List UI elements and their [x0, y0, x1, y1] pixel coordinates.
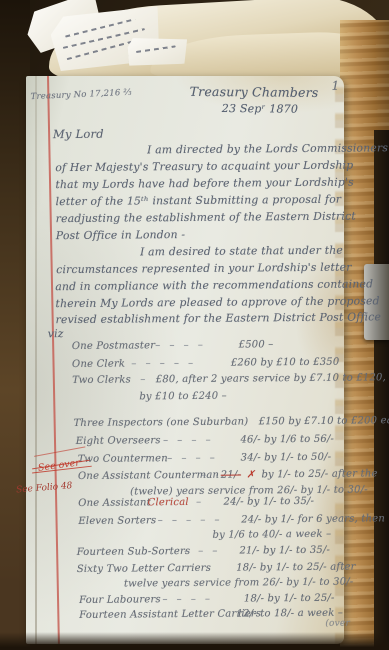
establishment-row: Two Countermen – – – – 34/- by 1/- to 50…: [78, 452, 332, 466]
establishment-row: One Assistant Counterman – – 21/- ✗ by 1…: [78, 468, 378, 483]
letter-line: and in compliance with the recommendatio…: [55, 277, 373, 293]
salutation: My Lord: [53, 127, 104, 141]
salary-detail: £260 by £10 to £350: [231, 357, 340, 369]
letter-line: viz: [48, 327, 64, 340]
leader-dashes: – – – –: [162, 594, 240, 607]
post-title: Four Labourers: [79, 594, 159, 606]
letter-line: revised establishment for the Eastern Di…: [56, 310, 382, 326]
leader-dashes: – – – –: [167, 453, 237, 466]
establishment-row: Fourteen Assistant Letter Carriers 12/- …: [79, 608, 343, 621]
establishment-row: Eleven Sorters – – – – – 24/- by 1/- for…: [78, 513, 385, 528]
ledger-photo: 1 Treasury No 17,216 ⅔ Treasury Chambers…: [0, 0, 389, 650]
salary-detail-continuation: twelve years service from 26/- by 1/- to…: [124, 577, 354, 590]
letter-line: that my Lords have had before them your …: [55, 176, 354, 192]
bottom-shadow: [0, 632, 389, 650]
book-edge-shadow-gap: [374, 130, 389, 650]
handwritten-content: 1 Treasury No 17,216 ⅔ Treasury Chambers…: [25, 75, 348, 646]
leader-dashes: – – – – –: [158, 515, 238, 528]
letter-line: Post Office in London -: [56, 228, 185, 242]
letter-line: readjusting the establishment of the Eas…: [56, 210, 356, 226]
letter-line: letter of the 15ᵗʰ instant Submitting a …: [56, 193, 342, 208]
establishment-row: One Assistant Clerical – 24/- by 1/- to …: [78, 496, 314, 510]
establishment-row: Fourteen Sub-Sorters – – – 21/- by 1/- t…: [77, 545, 331, 559]
post-title: Three Inspectors (one Suburban): [73, 416, 248, 429]
post-title: One Assistant: [78, 497, 144, 509]
post-title: One Clerk: [72, 359, 128, 370]
salary-detail: 18/- by 1/- to 25/-: [244, 593, 335, 605]
leader-dashes: –: [140, 374, 152, 386]
salary-detail: 18/- by 1/- to 25/- after: [236, 562, 356, 574]
establishment-row: Three Inspectors (one Suburban) £150 by …: [73, 415, 389, 429]
salary-detail: £80, after 2 years service by £7.10 to £…: [156, 372, 389, 385]
establishment-row: Four Labourers – – – – 18/- by 1/- to 25…: [79, 593, 335, 607]
salary-detail-continuation: by 1/6 to 40/- a week –: [212, 529, 331, 541]
salary-detail: 24/- by 1/- to 35/-: [223, 496, 314, 508]
red-ink-correction-word: Clerical: [148, 497, 189, 508]
leader-dashes: – – – – –: [131, 358, 227, 371]
page-number: 1: [332, 79, 340, 93]
registry-reference-number: Treasury No 17,216 ⅔: [31, 88, 133, 102]
leader-dashes: – – – –: [163, 435, 237, 448]
leader-dashes: –: [196, 497, 220, 509]
salary-detail-continuation: by £10 to £240 –: [139, 391, 227, 403]
post-title: One Postmaster: [72, 340, 152, 352]
letter-line: therein My Lords are pleased to approve …: [55, 294, 379, 310]
red-correction-mark: ✗: [246, 469, 255, 480]
ledger-page: 1 Treasury No 17,216 ⅔ Treasury Chambers…: [26, 76, 344, 644]
establishment-row: One Clerk – – – – – £260 by £10 to £350: [72, 357, 339, 371]
letter-line: circumstances represented in your Lordsh…: [56, 261, 351, 277]
post-title: Two Clerks: [72, 374, 131, 386]
paper-slip-writing: [136, 45, 176, 53]
post-title: Eight Overseers: [76, 435, 160, 447]
letterhead-date: 23 Sepʳ 1870: [222, 102, 298, 116]
letter-line: I am directed by the Lords Commissioners: [147, 141, 388, 156]
salary-detail: 24/- by 1/- for 6 years, then: [241, 513, 385, 525]
leader-dashes: – – –: [184, 546, 236, 558]
salary-detail: 46/- by 1/6 to 56/-: [240, 434, 334, 446]
salary-detail: £150 by £7.10 to £200 each: [259, 415, 389, 427]
salary-detail: 34/- by 1/- to 50/-: [241, 452, 332, 464]
salary-detail: £500 –: [239, 339, 274, 350]
salary-detail: by 1/- to 25/- after the: [261, 468, 377, 480]
letter-line: of Her Majesty's Treasury to acquaint yo…: [55, 159, 353, 175]
leader-dashes: – – – –: [155, 340, 235, 353]
post-title: One Assistant Counterman: [78, 470, 198, 482]
establishment-row: Two Clerks – £80, after 2 years service …: [72, 372, 389, 387]
salary-detail: 21/- by 1/- to 35/-: [239, 545, 330, 557]
post-title: Fourteen Assistant Letter Carriers: [79, 609, 233, 621]
post-title: Eleven Sorters: [78, 515, 154, 527]
leader-dashes: – –: [201, 470, 217, 482]
catchword-over: (over: [325, 619, 350, 629]
letter-line: I am desired to state that under the: [140, 244, 343, 259]
paper-slip-writing: [65, 18, 135, 37]
post-title: Fourteen Sub-Sorters: [77, 546, 181, 558]
establishment-row: Eight Overseers – – – – 46/- by 1/6 to 5…: [76, 434, 335, 448]
post-title: Sixty Two Letter Carriers: [77, 563, 233, 575]
letterhead-place: Treasury Chambers: [190, 84, 319, 100]
establishment-row: Sixty Two Letter Carriers 18/- by 1/- to…: [77, 562, 356, 575]
post-title: Two Countermen: [78, 453, 164, 465]
struck-amount: 21/-: [221, 470, 241, 481]
establishment-row: One Postmaster – – – – £500 –: [72, 339, 274, 353]
